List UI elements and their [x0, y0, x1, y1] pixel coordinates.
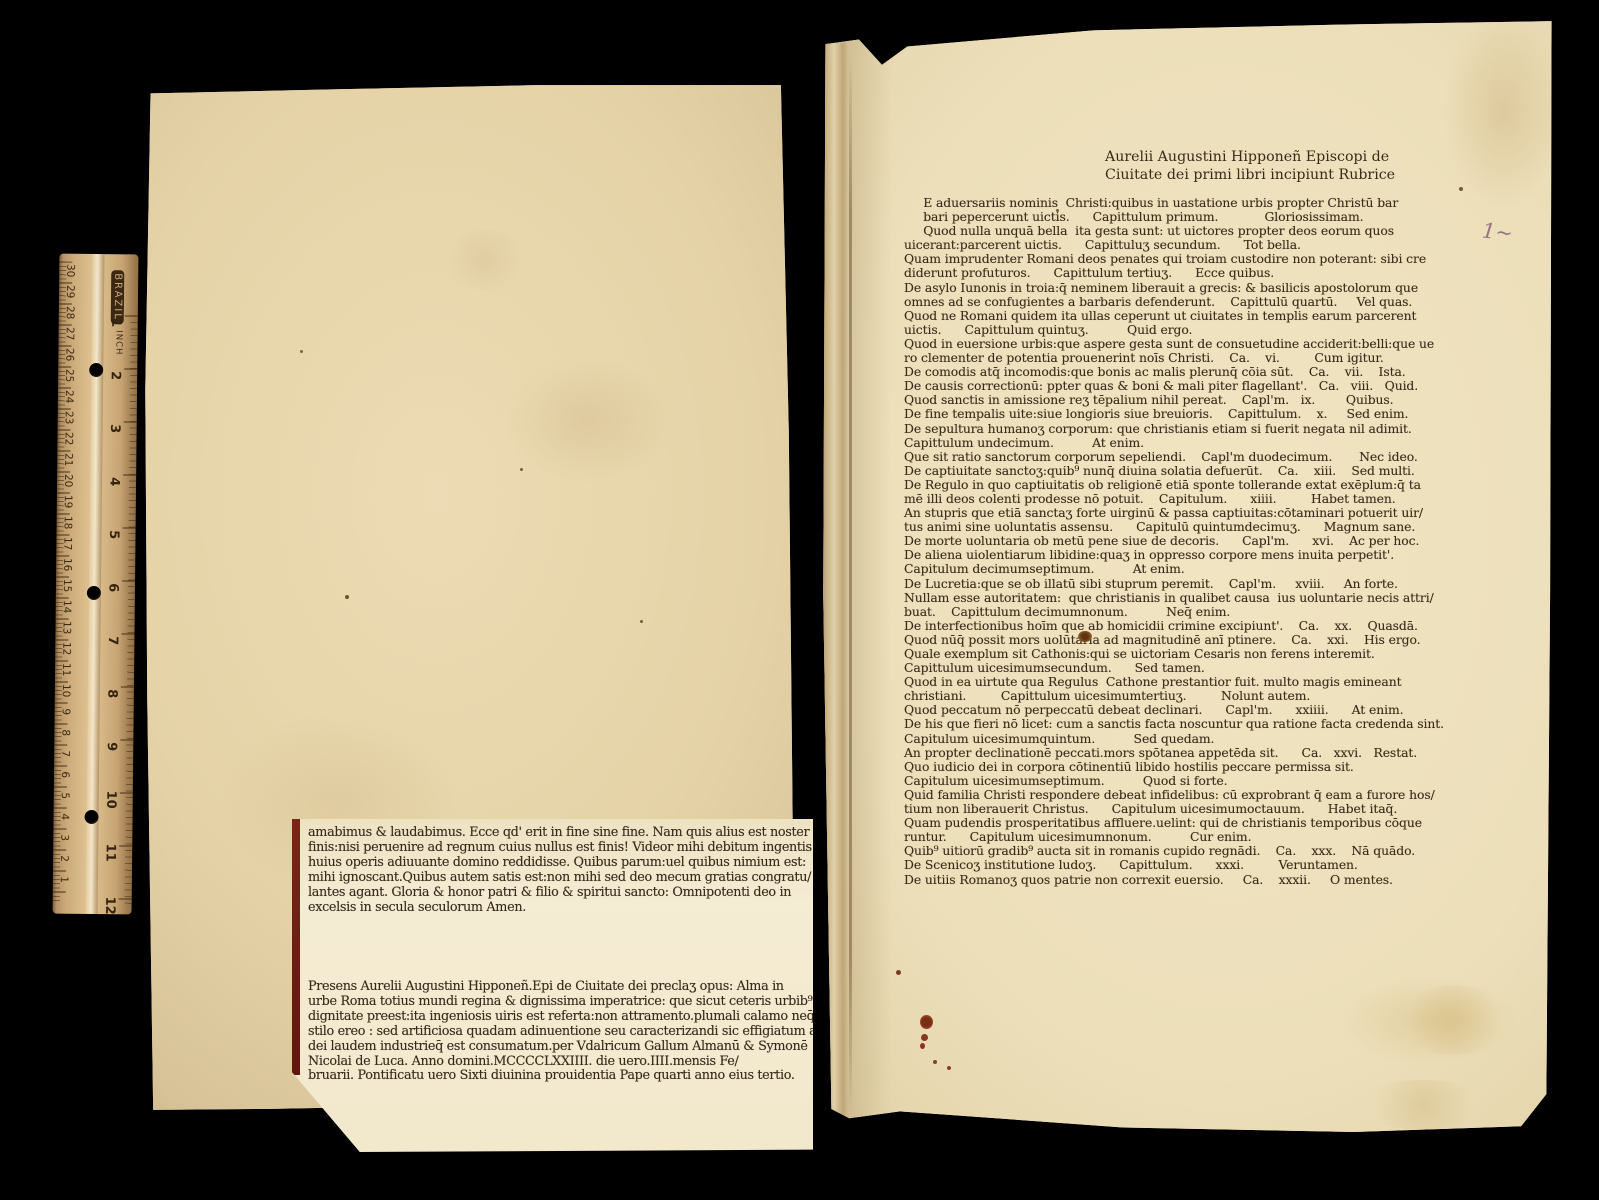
ruler-cm-number: 11	[60, 662, 72, 678]
colophon-inset-photo: amabimus & laudabimus. Ecce qd' erit in …	[292, 819, 813, 1152]
ruler-inch-number: 11	[103, 844, 118, 862]
rubric-line: runtur. Capitulum uicesimumnonum. Cur en…	[904, 830, 1444, 844]
rubric-line: De Lucretia:que se ob illatū sibi stupru…	[904, 577, 1444, 591]
rubric-line: Quod nūq̄ possit mors uolūtaria ad magni…	[904, 633, 1444, 647]
ink-stain	[1078, 631, 1092, 642]
rubric-line: Capitulum decimumseptimum. At enim.	[904, 562, 1444, 576]
ruler-inch-ticks	[119, 315, 138, 907]
colophon-paragraph: Presens Aurelii Augustini Hipponeñ.Epi d…	[308, 980, 824, 1084]
rubric-line: uictis. Capittulum quintuʒ. Quid ergo.	[904, 323, 1444, 337]
ruler: BRAZIL INCH 3029282726252423222120191817…	[53, 254, 139, 915]
inset-text-line: excelsis in secula seculorum Amen.	[308, 901, 812, 916]
ruler-cm-number: 6	[59, 767, 71, 783]
ruler-cm-number: 5	[59, 788, 71, 804]
rubric-line: Que sit ratio sanctorum corporum sepelie…	[904, 450, 1444, 464]
rubric-line: An propter declinationē peccati.mors spō…	[904, 746, 1444, 760]
ruler-cm-number: 7	[59, 746, 71, 762]
inset-text-line: urbe Roma totius mundi regina & dignissi…	[308, 995, 824, 1010]
ruler-hole	[89, 363, 103, 377]
rubric-line: Nullam esse autoritatem: que christianis…	[904, 591, 1444, 605]
rubric-line: Quo iudicio dei in corpora cōtinentiū li…	[904, 760, 1444, 774]
inset-text-line: Presens Aurelii Augustini Hipponeñ.Epi d…	[308, 980, 824, 995]
rubric-line: Quod nulla unquā bella ita gesta sunt: u…	[904, 224, 1444, 238]
ruler-inch-number: 6	[105, 579, 120, 597]
ruler-cm-number: 10	[60, 683, 72, 699]
inset-text-line: lantes agant. Gloria & honor patri & fil…	[308, 886, 812, 901]
gutter-fold	[825, 43, 848, 1124]
ruler-cm-number: 14	[61, 599, 73, 615]
rubric-line: De causis correctionū: ppter quas & boni…	[904, 379, 1444, 393]
fox-spot	[1459, 187, 1463, 191]
inset-text-line: finis:nisi peruenire ad regnum cuius nul…	[308, 841, 812, 856]
fox-spot	[1056, 209, 1059, 212]
ink-stain	[896, 970, 901, 975]
rubric-line: uicerant:parcerent uictis. Capittuluʒ se…	[904, 238, 1444, 252]
rubric-line: buat. Capittulum decimumnonum. Neq̄ enim…	[904, 605, 1444, 619]
vellum-speck	[300, 350, 303, 353]
ruler-cm-number: 4	[58, 809, 70, 825]
gutter-crease	[849, 55, 852, 1113]
rubric-line: Quod peccatum nō perpeccatū debeat decli…	[904, 703, 1444, 717]
rubric-line: Capitulum uicesimumquintum. Sed quedam.	[904, 732, 1444, 746]
page-title: Aurelii Augustini Hipponeñ Episcopi de C…	[1105, 148, 1395, 184]
ruler-inch-number: 2	[108, 367, 123, 385]
inset-text-line: huius operis adiuuante domino reddidisse…	[308, 856, 812, 871]
rubric-line: De asylo Iunonis in troia:q̄ neminem lib…	[904, 281, 1444, 295]
ruler-cm-number: 24	[63, 389, 75, 405]
rubric-line: De uitiis Romanoʒ quos patrie non correx…	[904, 873, 1444, 887]
rubric-line: tus animi sine uoluntatis assensu. Capit…	[904, 520, 1444, 534]
rubric-line: Quid familia Christi respondere debeat i…	[904, 788, 1444, 802]
vellum-speck	[640, 620, 643, 623]
ruler-unit-label: INCH	[113, 330, 123, 355]
rubric-line: diderunt profuturos. Capittulum tertiuʒ.…	[904, 266, 1444, 280]
rubric-line: De sepultura humanoʒ corporum: que chris…	[904, 422, 1444, 436]
rubric-line: Quib⁹ uitiorū gradib⁹ aucta sit in roman…	[904, 844, 1444, 858]
rubric-line: mē illi deos colenti prodesse nō potuit.…	[904, 492, 1444, 506]
rubric-line: De interfectionibus hoīm que ab homicidi…	[904, 619, 1444, 633]
rubric-line: Quod in euersione urbis:que aspere gesta…	[904, 337, 1444, 351]
vellum-speck	[520, 468, 523, 471]
ruler-cm-number: 27	[64, 326, 76, 342]
ruler-cm-number: 30	[64, 263, 76, 279]
vellum-speck	[345, 595, 349, 599]
title-line-1: Aurelii Augustini Hipponeñ Episcopi de	[1105, 148, 1395, 166]
rubric-line: De Scenicoʒ institutione ludoʒ. Capittul…	[904, 858, 1444, 872]
ink-stain	[920, 1043, 925, 1049]
rubric-line: bari pepercerunt uictis. Capittulum prim…	[904, 210, 1444, 224]
rubric-line: An stupris que etiā sanctaʒ forte uirgin…	[904, 506, 1444, 520]
inset-page-edge	[292, 819, 300, 1075]
title-line-2: Ciuitate dei primi libri incipiunt Rubri…	[1105, 166, 1395, 184]
inset-text-line: amabimus & laudabimus. Ecce qd' erit in …	[308, 826, 812, 841]
ruler-inch-number: 1	[108, 314, 123, 332]
rubric-line: De his que fieri nō licet: cum a sanctis…	[904, 717, 1444, 731]
ruler-inch-number: 3	[107, 420, 122, 438]
ruler-cm-number: 8	[59, 725, 71, 741]
ruler-cm-number: 16	[61, 557, 73, 573]
ruler-inch-number: 12	[102, 897, 117, 915]
ruler-cm-number: 25	[63, 368, 75, 384]
rubric-line: De fine tempalis uite:siue longioris siu…	[904, 407, 1444, 421]
ruler-cm-number: 18	[62, 515, 74, 531]
ruler-inch-number: 10	[103, 791, 118, 809]
inset-text-line: dei laudem industrieq̄ est consumatum.pe…	[308, 1040, 824, 1055]
paper-stain	[1358, 1080, 1488, 1130]
rubric-line: Capittulum undecimum. At enim.	[904, 436, 1444, 450]
ink-stain	[933, 1060, 937, 1064]
rubric-line: E aduersariis nominis Christi:quibus in …	[904, 196, 1444, 210]
ruler-cm-number: 2	[58, 851, 70, 867]
ruler-hole	[84, 810, 98, 824]
closing-paragraph: amabimus & laudabimus. Ecce qd' erit in …	[308, 826, 812, 915]
rubric-line: De aliena uiolentiarum libidine:quaʒ in …	[904, 548, 1444, 562]
ruler-cm-number: 21	[62, 452, 74, 468]
ruler-inch-number: 8	[104, 685, 119, 703]
printed-rubrice-page: Aurelii Augustini Hipponeñ Episcopi de C…	[818, 20, 1562, 1170]
ruler-cm-number: 23	[63, 410, 75, 426]
rubric-line: Quam imprudenter Romani deos penates qui…	[904, 252, 1444, 266]
ruler-cm-number: 28	[64, 305, 76, 321]
ruler-inch-number: 4	[106, 473, 121, 491]
ruler-cm-number: 17	[61, 536, 73, 552]
inset-text-line: bruarii. Pontificatu uero Sixti diuinina…	[308, 1069, 824, 1084]
ink-stain	[947, 1066, 951, 1070]
ruler-inch-number: 9	[104, 738, 119, 756]
rubric-line: De captiuitate sanctoʒ:quib⁹ nunq̄ diuin…	[904, 464, 1444, 478]
rubric-line: De Regulo in quo captiuitatis ob religio…	[904, 478, 1444, 492]
ruler-cm-number: 15	[61, 578, 73, 594]
ruler-cm-number: 3	[58, 830, 70, 846]
rubric-line: Quod in ea uirtute qua Regulus Cathone p…	[904, 675, 1444, 689]
rubric-line: De morte uoluntaria ob metū pene siue de…	[904, 534, 1444, 548]
ruler-cm-number: 12	[60, 641, 72, 657]
rubric-line: Quale exemplum sit Cathonis:qui se uicto…	[904, 647, 1444, 661]
rubric-line: De comodis atq̄ incomodis:que bonis ac m…	[904, 365, 1444, 379]
ruler-cm-number: 20	[62, 473, 74, 489]
inset-text-line: dignitate preest:ita ingeniosis uiris es…	[308, 1010, 824, 1025]
ruler-inch-number: 7	[105, 632, 120, 650]
paper-stain	[1398, 985, 1508, 1055]
vellum-stain	[440, 230, 530, 290]
rubric-line: Quod sanctis in amissione reʒ tēpalium n…	[904, 393, 1444, 407]
inset-text-line: Nicolai de Luca. Anno domini.MCCCCLXXIII…	[308, 1055, 824, 1070]
rubric-line: ro clementer de potentia prouenerint noī…	[904, 351, 1444, 365]
rubric-line: Capitulum uicesimumseptimum. Quod si for…	[904, 774, 1444, 788]
ink-stain	[920, 1015, 933, 1029]
ruler-cm-number: 9	[60, 704, 72, 720]
ruler-hole	[87, 586, 101, 600]
ruler-cm-number: 29	[64, 284, 76, 300]
ink-stain	[921, 1034, 928, 1041]
rubric-line: omnes ad se confugientes a barbaris defe…	[904, 295, 1444, 309]
rubric-line: christiani. Capittulum uicesimumtertiuʒ.…	[904, 689, 1444, 703]
ruler-cm-numbers: 3029282726252423222120191817161514131211…	[59, 254, 138, 255]
ruler-cm-number: 19	[62, 494, 74, 510]
ruler-inch-numbers: 123456789101112	[59, 254, 138, 255]
rubric-line: Capittulum uicesimumsecundum. Sed tamen.	[904, 661, 1444, 675]
rubric-line: Quam pudendis prosperitatibus affluere.u…	[904, 816, 1444, 830]
ruler-cm-number: 26	[63, 347, 75, 363]
ruler-cm-number: 1	[58, 872, 70, 888]
rubric-line: tium non liberauerit Christus. Capitulum…	[904, 802, 1444, 816]
ruler-cm-number: 13	[60, 620, 72, 636]
book-photograph: BRAZIL INCH 3029282726252423222120191817…	[0, 0, 1599, 1200]
inset-text-line: mihi ignoscant.Quibus autem satis est:no…	[308, 871, 812, 886]
inset-text-line: stilo ereo : sed artificiosa quadam adin…	[308, 1025, 824, 1040]
rubric-line: Quod ne Romani quidem ita ullas ceperunt…	[904, 309, 1444, 323]
ruler-inch-number: 5	[106, 526, 121, 544]
ruler-cm-number: 22	[62, 431, 74, 447]
handwritten-folio-mark: 1~	[1481, 218, 1514, 245]
rubric-text-block: E aduersariis nominis Christi:quibus in …	[904, 196, 1444, 887]
